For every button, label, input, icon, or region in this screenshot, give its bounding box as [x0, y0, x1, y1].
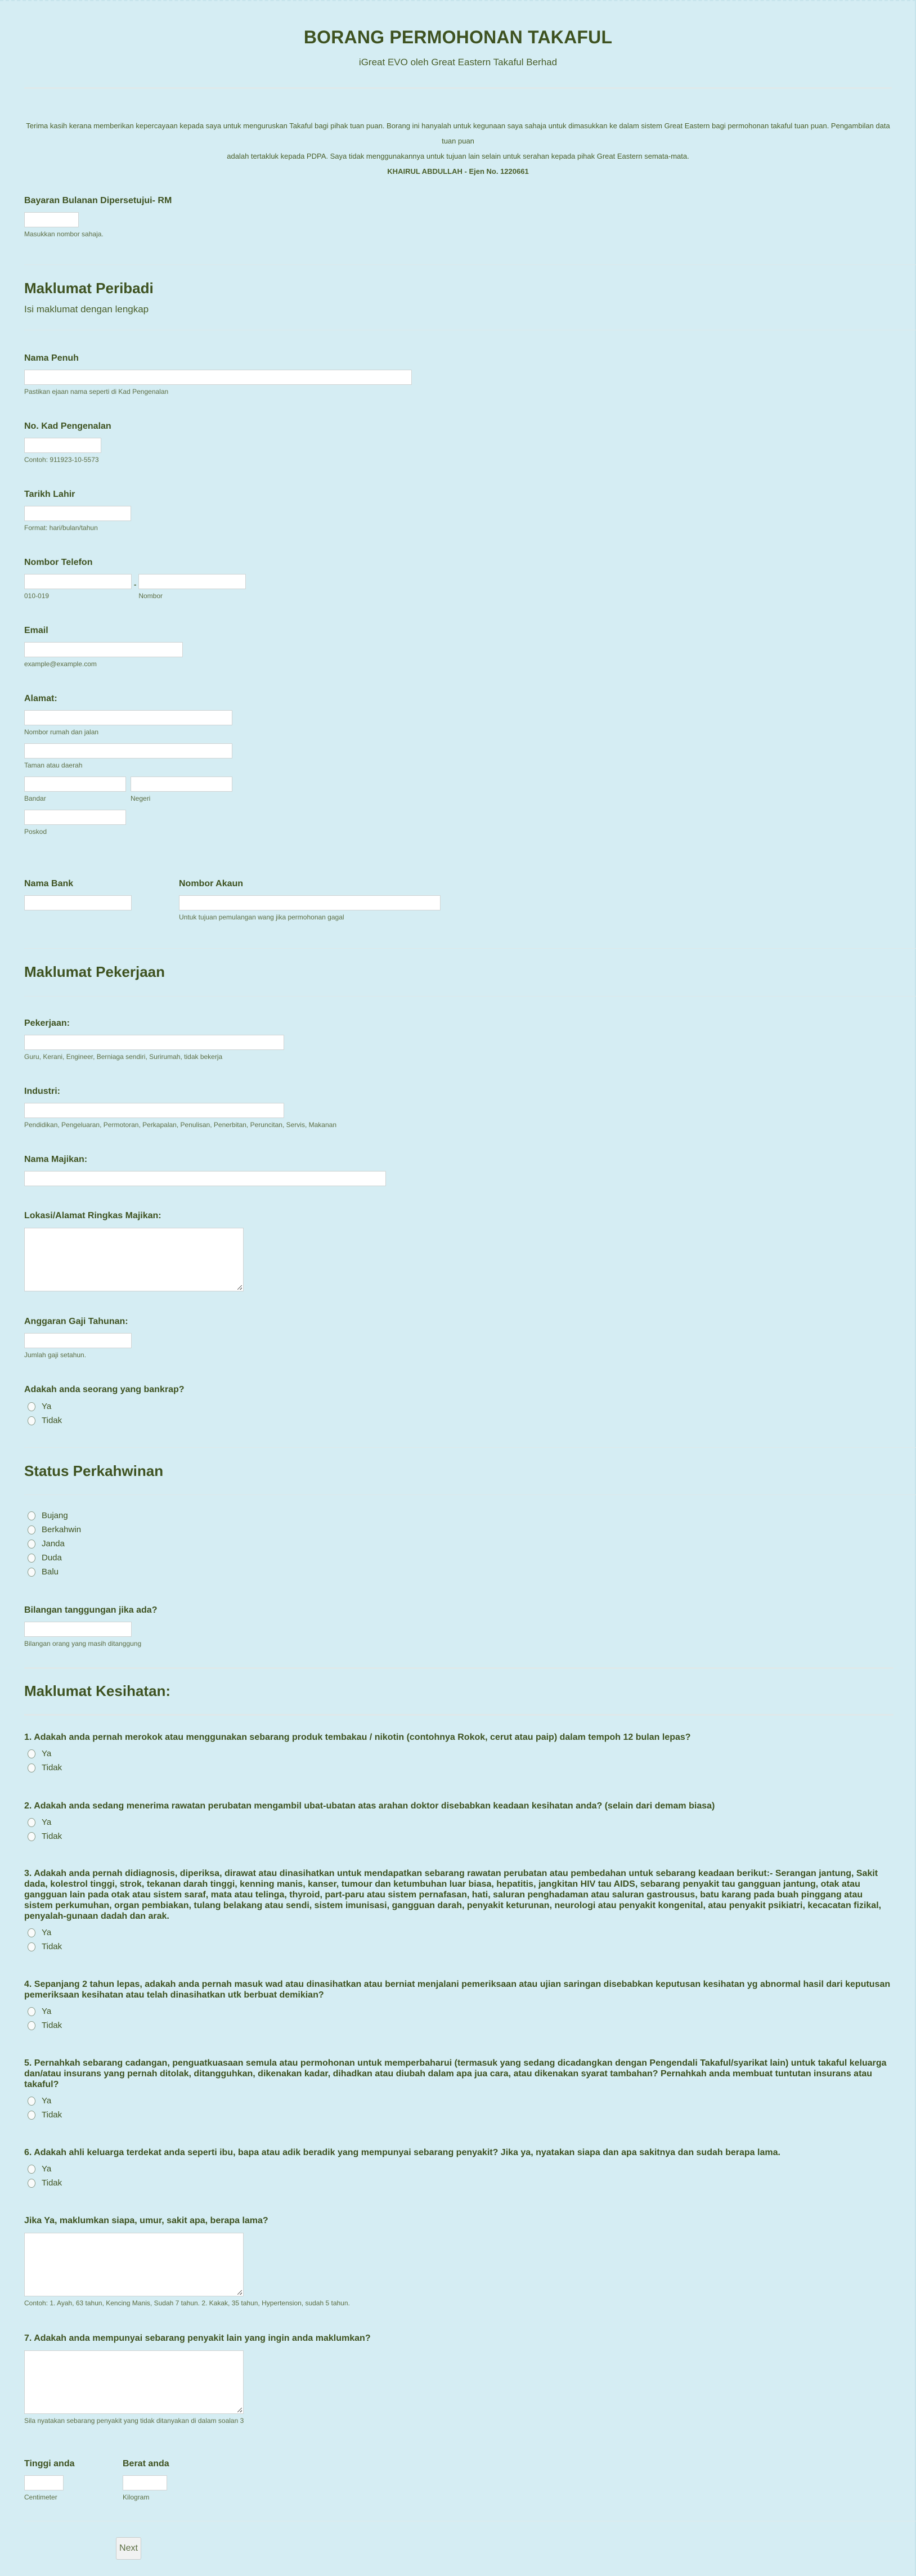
intro-text: Terima kasih kerana memberikan kepercaya… — [24, 118, 892, 179]
address-city-input[interactable] — [24, 777, 126, 792]
radio-option-tidak[interactable]: Tidak — [28, 2176, 780, 2190]
phone-number-input[interactable] — [138, 574, 246, 589]
radio-option-ya[interactable]: Ya — [28, 1926, 893, 1940]
radio-option-janda[interactable]: Janda — [28, 1537, 81, 1551]
takaful-form: BORANG PERMOHONAN TAKAFUL iGreat EVO ole… — [0, 1, 916, 179]
industry-field: Industri: Pendidikan, Pengeluaran, Permo… — [24, 1087, 336, 1129]
next-button[interactable]: Next — [116, 2537, 141, 2560]
email-field: Email example@example.com — [24, 626, 183, 668]
salary-label: Anggaran Gaji Tahunan: — [24, 1317, 132, 1327]
header-divider — [24, 87, 892, 89]
account-input[interactable] — [179, 895, 441, 910]
phone-label: Nombor Telefon — [24, 558, 246, 568]
account-hint: Untuk tujuan pemulangan wang jika permoh… — [179, 913, 441, 921]
dependents-field: Bilangan tanggungan jika ada? Bilangan o… — [24, 1605, 157, 1648]
occupation-hint: Guru, Kerani, Engineer, Berniaga sendiri… — [24, 1053, 284, 1061]
question-text: 3. Adakah anda pernah didiagnosis, diper… — [24, 1868, 893, 1922]
marital-title: Status Perkahwinan — [24, 1462, 163, 1480]
radio-circle-icon[interactable] — [28, 1763, 35, 1772]
radio-circle-icon[interactable] — [28, 2097, 35, 2106]
ic-field: No. Kad Pengenalan Contoh: 911923-10-557… — [24, 421, 111, 464]
radio-option-tidak[interactable]: Tidak — [28, 1829, 715, 1843]
health-q3: 3. Adakah anda pernah didiagnosis, diper… — [24, 1868, 893, 1954]
occupation-input[interactable] — [24, 1035, 284, 1050]
employer-address-label: Lokasi/Alamat Ringkas Majikan: — [24, 1211, 244, 1221]
radio-label: Ya — [42, 1817, 51, 1827]
radio-circle-icon[interactable] — [28, 1928, 35, 1937]
divider — [24, 264, 916, 265]
question-text: 1. Adakah anda pernah merokok atau mengg… — [24, 1732, 691, 1743]
radio-circle-icon[interactable] — [28, 1402, 35, 1411]
salary-input[interactable] — [24, 1333, 132, 1348]
weight-field: Berat anda Kilogram — [123, 2459, 169, 2501]
radio-label: Ya — [42, 1928, 51, 1937]
radio-option-tidak[interactable]: Tidak — [28, 2108, 893, 2122]
divider — [24, 1714, 893, 1716]
family-detail-hint: Contoh: 1. Ayah, 63 tahun, Kencing Manis… — [24, 2299, 350, 2307]
radio-option-tidak[interactable]: Tidak — [28, 1761, 691, 1775]
email-label: Email — [24, 626, 183, 636]
radio-label: Tidak — [42, 1763, 62, 1772]
personal-subtitle: Isi maklumat dengan lengkap — [24, 304, 154, 315]
q7-label: 7. Adakah anda mempunyai sebarang penyak… — [24, 2333, 371, 2344]
bank-input[interactable] — [24, 895, 132, 910]
radio-label: Duda — [42, 1553, 62, 1563]
address-area-input[interactable] — [24, 743, 232, 759]
weight-hint: Kilogram — [123, 2493, 169, 2501]
radio-label: Ya — [42, 1402, 51, 1411]
employer-input[interactable] — [24, 1171, 386, 1186]
account-field: Nombor Akaun Untuk tujuan pemulangan wan… — [179, 879, 441, 921]
phone-number-hint: Nombor — [138, 592, 246, 600]
occupation-label: Pekerjaan: — [24, 1018, 284, 1029]
health-q1: 1. Adakah anda pernah merokok atau mengg… — [24, 1732, 691, 1775]
salary-field: Anggaran Gaji Tahunan: Jumlah gaji setah… — [24, 1317, 132, 1359]
radio-option[interactable]: Ya — [28, 1399, 185, 1413]
radio-circle-icon[interactable] — [28, 1416, 35, 1425]
employer-address-field: Lokasi/Alamat Ringkas Majikan: — [24, 1211, 244, 1291]
radio-option-ya[interactable]: Ya — [28, 1815, 715, 1829]
radio-label: Bujang — [42, 1511, 68, 1520]
phone-separator: - — [134, 580, 136, 589]
height-field: Tinggi anda Centimeter — [24, 2459, 74, 2501]
bank-label: Nama Bank — [24, 879, 132, 889]
divider — [24, 2521, 916, 2521]
radio-circle-icon[interactable] — [28, 2111, 35, 2120]
radio-label: Tidak — [42, 1942, 62, 1951]
personal-section-header: Maklumat Peribadi Isi maklumat dengan le… — [24, 280, 154, 315]
radio-circle-icon[interactable] — [28, 2007, 35, 2016]
question-text: 2. Adakah anda sedang menerima rawatan p… — [24, 1801, 715, 1811]
radio-option-tidak[interactable]: Tidak — [28, 1940, 893, 1954]
industry-input[interactable] — [24, 1103, 284, 1118]
payment-label: Bayaran Bulanan Dipersetujui- RM — [24, 196, 172, 206]
radio-label: Ya — [42, 2164, 51, 2174]
radio-option-ya[interactable]: Ya — [28, 2004, 893, 2018]
email-hint: example@example.com — [24, 660, 183, 668]
health-section-header: Maklumat Kesihatan: — [24, 1682, 170, 1700]
radio-option-balu[interactable]: Balu — [28, 1565, 81, 1579]
work-title: Maklumat Pekerjaan — [24, 963, 165, 981]
intro-line-2: adalah tertakluk kepada PDPA. Saya tidak… — [24, 149, 892, 164]
radio-circle-icon[interactable] — [28, 1511, 35, 1520]
account-label: Nombor Akaun — [179, 879, 441, 889]
radio-label: Tidak — [42, 2178, 62, 2188]
radio-circle-icon[interactable] — [28, 1525, 35, 1534]
radio-circle-icon[interactable] — [28, 2179, 35, 2188]
address-label: Alamat: — [24, 694, 232, 704]
resize-handle-icon[interactable] — [237, 2408, 242, 2412]
question-text: 4. Sepanjang 2 tahun lepas, adakah anda … — [24, 1979, 893, 2000]
bank-field: Nama Bank — [24, 879, 132, 910]
resize-handle-icon[interactable] — [237, 2290, 242, 2295]
marital-options: Bujang Berkahwin Janda Duda Balu — [24, 1509, 81, 1579]
radio-label: Berkahwin — [42, 1525, 81, 1534]
address-city-hint: Bandar — [24, 795, 126, 802]
radio-option-berkahwin[interactable]: Berkahwin — [28, 1523, 81, 1537]
form-header: BORANG PERMOHONAN TAKAFUL iGreat EVO ole… — [24, 1, 892, 68]
industry-label: Industri: — [24, 1087, 336, 1097]
employer-label: Nama Majikan: — [24, 1155, 386, 1165]
phone-prefix-hint: 010-019 — [24, 592, 132, 600]
address-street-input[interactable] — [24, 710, 232, 725]
employer-field: Nama Majikan: — [24, 1155, 386, 1186]
payment-field: Bayaran Bulanan Dipersetujui- RM Masukka… — [24, 196, 172, 238]
salary-hint: Jumlah gaji setahun. — [24, 1351, 132, 1359]
health-q6: 6. Adakah ahli keluarga terdekat anda se… — [24, 2147, 780, 2190]
family-detail-field: Jika Ya, maklumkan siapa, umur, sakit ap… — [24, 2216, 350, 2307]
form-title: BORANG PERMOHONAN TAKAFUL — [24, 27, 892, 48]
radio-circle-icon[interactable] — [28, 1942, 35, 1951]
agent-name: KHAIRUL ABDULLAH - Ejen No. 1220661 — [24, 164, 892, 179]
dependents-hint: Bilangan orang yang masih ditanggung — [24, 1640, 157, 1648]
address-street-hint: Nombor rumah dan jalan — [24, 728, 232, 736]
address-postcode-hint: Poskod — [24, 828, 232, 836]
dob-field: Tarikh Lahir Format: hari/bulan/tahun — [24, 490, 131, 532]
radio-label: Tidak — [42, 1832, 62, 1841]
weight-input[interactable] — [123, 2475, 167, 2490]
radio-option-duda[interactable]: Duda — [28, 1551, 81, 1565]
height-input[interactable] — [24, 2475, 64, 2490]
radio-option[interactable]: Tidak — [28, 1413, 185, 1428]
ic-input[interactable] — [24, 438, 101, 453]
intro-line-1: Terima kasih kerana memberikan kepercaya… — [24, 118, 892, 149]
address-state-hint: Negeri — [131, 795, 232, 802]
radio-circle-icon[interactable] — [28, 1554, 35, 1563]
address-postcode-input[interactable] — [24, 810, 126, 825]
family-detail-label: Jika Ya, maklumkan siapa, umur, sakit ap… — [24, 2216, 350, 2226]
radio-circle-icon[interactable] — [28, 1568, 35, 1577]
industry-hint: Pendidikan, Pengeluaran, Permotoran, Per… — [24, 1121, 336, 1129]
divider — [24, 1447, 916, 1448]
health-q2: 2. Adakah anda sedang menerima rawatan p… — [24, 1801, 715, 1843]
radio-circle-icon[interactable] — [28, 1749, 35, 1758]
payment-hint: Masukkan nombor sahaja. — [24, 230, 172, 238]
full-name-field: Nama Penuh Pastikan ejaan nama seperti d… — [24, 353, 412, 396]
question-text: 5. Pernahkah sebarang cadangan, penguatk… — [24, 2058, 893, 2090]
radio-label: Balu — [42, 1567, 59, 1577]
occupation-field: Pekerjaan: Guru, Kerani, Engineer, Berni… — [24, 1018, 284, 1061]
divider — [24, 1495, 916, 1495]
bankrupt-field: Adakah anda seorang yang bankrap? Ya Tid… — [24, 1385, 185, 1428]
form-subtitle: iGreat EVO oleh Great Eastern Takaful Be… — [24, 57, 892, 68]
radio-option-tidak[interactable]: Tidak — [28, 2018, 893, 2032]
divider — [24, 948, 916, 949]
q7-hint: Sila nyatakan sebarang penyakit yang tid… — [24, 2417, 371, 2425]
radio-option-ya[interactable]: Ya — [28, 2094, 893, 2108]
weight-label: Berat anda — [123, 2459, 169, 2469]
address-state-input[interactable] — [131, 777, 232, 792]
health-q4: 4. Sepanjang 2 tahun lepas, adakah anda … — [24, 1979, 893, 2032]
personal-title: Maklumat Peribadi — [24, 280, 154, 297]
address-area-hint: Taman atau daerah — [24, 761, 232, 769]
dob-label: Tarikh Lahir — [24, 490, 131, 500]
phone-prefix-input[interactable] — [24, 574, 132, 589]
radio-label: Ya — [42, 2007, 51, 2016]
payment-input[interactable] — [24, 212, 79, 227]
phone-field: Nombor Telefon 010-019 - Nombor — [24, 558, 246, 600]
radio-label: Ya — [42, 1749, 51, 1758]
radio-option-ya[interactable]: Ya — [28, 2162, 780, 2176]
dob-hint: Format: hari/bulan/tahun — [24, 524, 131, 532]
resize-handle-icon[interactable] — [237, 1285, 242, 1290]
email-input[interactable] — [24, 642, 183, 657]
radio-label: Janda — [42, 1539, 65, 1549]
radio-circle-icon[interactable] — [28, 2021, 35, 2030]
dependents-label: Bilangan tanggungan jika ada? — [24, 1605, 157, 1615]
work-section-header: Maklumat Pekerjaan — [24, 963, 165, 981]
radio-circle-icon[interactable] — [28, 1818, 35, 1827]
radio-label: Tidak — [42, 2021, 62, 2030]
employer-address-textarea[interactable] — [24, 1228, 244, 1291]
divider — [24, 330, 916, 330]
address-field: Alamat: Nombor rumah dan jalan Taman ata… — [24, 694, 232, 836]
full-name-label: Nama Penuh — [24, 353, 412, 363]
radio-label: Tidak — [42, 2110, 62, 2120]
height-hint: Centimeter — [24, 2493, 74, 2501]
divider — [24, 1667, 893, 1669]
health-title: Maklumat Kesihatan: — [24, 1682, 170, 1700]
full-name-hint: Pastikan ejaan nama seperti di Kad Penge… — [24, 388, 412, 396]
full-name-input[interactable] — [24, 370, 412, 385]
ic-label: No. Kad Pengenalan — [24, 421, 111, 432]
health-q5: 5. Pernahkah sebarang cadangan, penguatk… — [24, 2058, 893, 2122]
radio-circle-icon[interactable] — [28, 1540, 35, 1549]
radio-circle-icon[interactable] — [28, 2165, 35, 2174]
radio-option-ya[interactable]: Ya — [28, 1747, 691, 1761]
bankrupt-label: Adakah anda seorang yang bankrap? — [24, 1385, 185, 1395]
q7-field: 7. Adakah anda mempunyai sebarang penyak… — [24, 2333, 371, 2425]
radio-label: Tidak — [42, 1416, 62, 1425]
q7-textarea[interactable] — [24, 2350, 244, 2414]
family-detail-textarea[interactable] — [24, 2233, 244, 2296]
radio-label: Ya — [42, 2096, 51, 2106]
question-text: 6. Adakah ahli keluarga terdekat anda se… — [24, 2147, 780, 2158]
radio-option-bujang[interactable]: Bujang — [28, 1509, 81, 1523]
height-label: Tinggi anda — [24, 2459, 74, 2469]
dob-input[interactable] — [24, 506, 131, 521]
divider — [24, 996, 916, 997]
radio-circle-icon[interactable] — [28, 1832, 35, 1841]
ic-hint: Contoh: 911923-10-5573 — [24, 456, 111, 464]
marital-section-header: Status Perkahwinan — [24, 1462, 163, 1480]
dependents-input[interactable] — [24, 1622, 132, 1637]
